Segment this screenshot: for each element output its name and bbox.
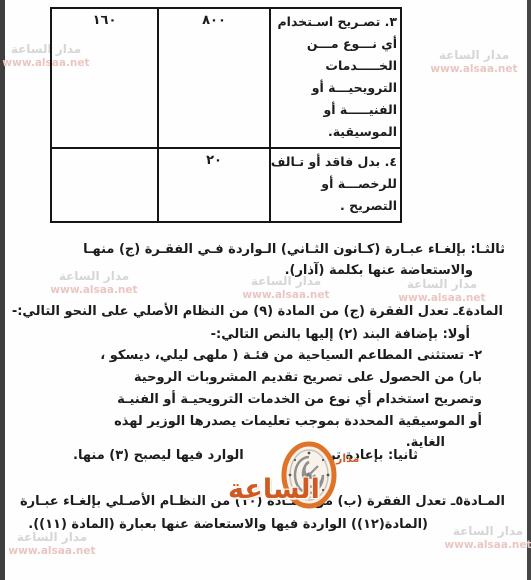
item-2-line: أو الموسيقية المحددة بموجب تعليمات يصدره…: [114, 413, 482, 430]
fee-item-4-amount2-cell: [51, 148, 158, 222]
watermark-brand-text: مدار الساعة: [48, 269, 140, 284]
watermark-url-text: www.alsaa.net: [48, 284, 140, 297]
watermark-url-text: www.alsaa.net: [428, 63, 520, 76]
fee-item-3-amount-cell: ٨٠٠: [158, 8, 270, 148]
fee-amount: ١٦٠: [55, 11, 154, 31]
watermark-url-text: www.alsaa.net: [6, 545, 98, 558]
watermark-brand-text: مدار الساعة: [428, 48, 520, 63]
fee-item-3-line: أي نـــوع مـــن: [274, 33, 397, 55]
item-2-line: وتصريح استخدام أي نوع من الخدمات الترويح…: [117, 391, 482, 408]
watermark-middle-left: مدار الساعة www.alsaa.net: [48, 269, 140, 297]
third-clause-line2: والاستعاضة عنها بكلمة (آذار).: [285, 262, 473, 279]
table-row: ٤. بدل فاقد أو تـالف للرخصـــة أو التصري…: [51, 148, 401, 222]
watermark-bottom-right: مدار الساعة www.alsaa.net: [442, 524, 531, 552]
article-4-first-item: أولا: بإضافة البند (٢) إليها بالنص التال…: [211, 326, 470, 343]
article-5-line2: (المادة(١٢)) الواردة فيها والاستعاضة عنه…: [28, 516, 428, 533]
fee-item-3-description-cell: ٣. تصـريح اسـتخدام أي نـــوع مـــن الخــ…: [270, 8, 401, 148]
fee-item-3-line: الخـــــدمات: [274, 55, 397, 77]
third-clause-line1: ثالثـا: بإلغـاء عبـارة (كـانون الثـاني) …: [83, 241, 505, 258]
second-item-right-fragment: ثانيا: بإعادة ترقيم الـ: [286, 447, 418, 464]
item-2-line: بار) من الحصول على تصريح تقديم المشروبات…: [134, 369, 482, 386]
fee-item-3-line: ٣. تصـريح اسـتخدام: [274, 11, 397, 33]
second-item-line: ثانيا: بإعادة ترقيم الـ الوارد فيها ليصب…: [73, 447, 418, 464]
watermark-middle-right: مدار الساعة www.alsaa.net: [396, 277, 488, 305]
watermark-url-text: www.alsaa.net: [240, 289, 332, 302]
fee-item-4-line: ٤. بدل فاقد أو تـالف: [274, 151, 397, 173]
item-2-line: ٢- تستثنى المطاعم السياحية من فئـة ( مله…: [100, 347, 482, 364]
fees-table: ٣. تصـريح اسـتخدام أي نـــوع مـــن الخــ…: [50, 7, 402, 223]
watermark-top-right: مدار الساعة www.alsaa.net: [428, 48, 520, 76]
table-row: ٣. تصـريح اسـتخدام أي نـــوع مـــن الخــ…: [51, 8, 401, 148]
fee-item-4-amount-cell: ٢٠: [158, 148, 270, 222]
article-5-line1: المـادة٥ـ تعدل الفقرة (ب) من المـادة (١٠…: [20, 493, 505, 510]
watermark-url-text: www.alsaa.net: [442, 539, 531, 552]
scan-edge-left: [0, 0, 5, 580]
second-item-left-fragment: الوارد فيها ليصبح (٣) منها.: [73, 447, 244, 464]
fee-item-3-line: الموسيقية.: [274, 121, 397, 143]
fee-item-4-line: للرخصـــة أو: [274, 173, 397, 195]
watermark-brand-text: مدار الساعة: [442, 524, 531, 539]
watermark-brand-text: مدار الساعة: [396, 277, 488, 292]
fee-amount: ٢٠: [162, 151, 266, 171]
watermark-bottom-left: مدار الساعة www.alsaa.net: [6, 530, 98, 558]
fee-item-4-description-cell: ٤. بدل فاقد أو تـالف للرخصـــة أو التصري…: [270, 148, 401, 222]
fee-amount: ٨٠٠: [162, 11, 266, 31]
fee-item-3-line: الترويحيـــة أو: [274, 77, 397, 99]
fee-item-4-line: التصريح .: [274, 195, 397, 217]
fee-item-3-line: الفنيـــــة أو: [274, 99, 397, 121]
scan-edge-right: [527, 0, 531, 580]
article-4-heading: المادة٤ـ تعدل الفقرة (ج) من المادة (٩) م…: [12, 303, 503, 320]
fee-item-3-amount2-cell: ١٦٠: [51, 8, 158, 148]
document-page: مدار الساعة www.alsaa.net مدار الساعة ww…: [0, 0, 531, 580]
